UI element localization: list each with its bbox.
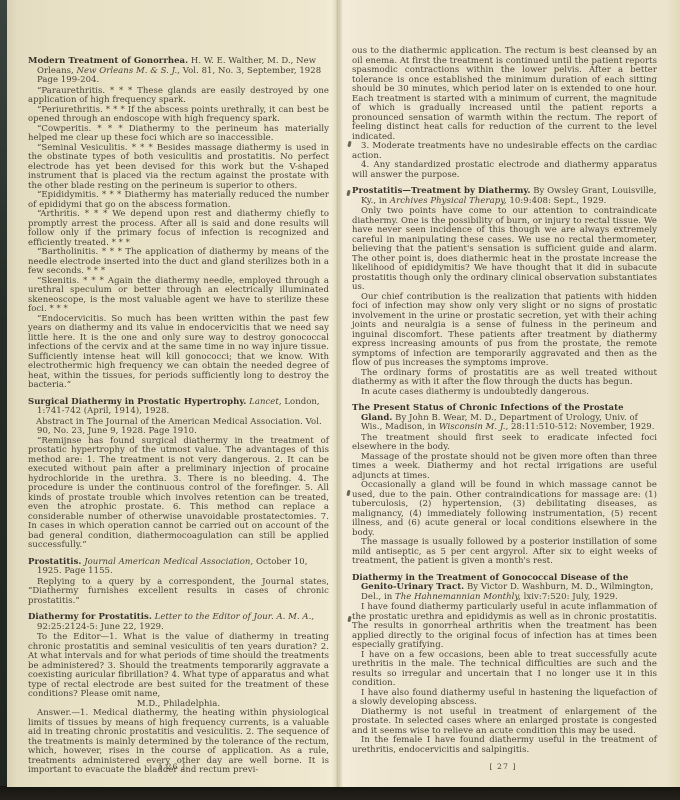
paragraph: “Paraurethritis. * * * These glands are … — [28, 87, 329, 106]
paragraph: ous to the diathermic application. The r… — [352, 47, 657, 142]
entry-citation: New Orleans M. & S. J., — [77, 66, 180, 76]
entry-heading: Prostatitis. Journal American Medical As… — [28, 558, 329, 577]
abstract-entry: Modern Treatment of Gonorrhea. H. W. E. … — [28, 57, 329, 391]
continuation-block: ous to the diathermic application. The r… — [352, 47, 657, 180]
entry-title: Diathermy for Prostatitis. — [28, 612, 152, 622]
paragraph: “Arthritis. * * * We depend upon rest an… — [28, 210, 329, 248]
paragraph: The ordinary forms of prostatitis are as… — [352, 369, 657, 388]
paragraph: “Cowperitis. * * * Diathermy to the peri… — [28, 125, 329, 144]
abstract-entry: Surgical Diathermy in Prostatic Hypertro… — [28, 398, 329, 551]
entry-citation: 28:11:510-512: November, 1929. — [508, 422, 654, 432]
entry-heading: Modern Treatment of Gonorrhea. H. W. E. … — [28, 57, 329, 86]
paragraph: “Bartholinitis. * * * The application of… — [28, 248, 329, 277]
entry-heading: Diathermy in the Treatment of Gonococcal… — [352, 574, 657, 603]
paragraph: “Remijnse has found surgical diathermy i… — [28, 437, 329, 551]
abstract-entry: Prostatitis. Journal American Medical As… — [28, 558, 329, 607]
paragraph: Replying to a query by a correspondent, … — [28, 578, 329, 607]
paragraph: I have on a few occasions, been able to … — [352, 651, 657, 689]
paragraph: 3. Moderate treatments have no undesirab… — [352, 142, 657, 161]
entry-citation: Lancet, — [249, 397, 281, 407]
page-number-left: [ 26 ] — [17, 762, 328, 771]
entry-title: Prostatitis. — [28, 557, 81, 567]
abstract-entry: The Present Status of Chronic Infections… — [352, 404, 657, 567]
paragraph: Diathermy is not useful in treatment of … — [352, 708, 657, 737]
paragraph: “Skenitis. * * * Again the diathermy nee… — [28, 277, 329, 315]
text-column-left: Modern Treatment of Gonorrhea. H. W. E. … — [28, 0, 329, 776]
entry-citation: The Hahnemannian Monthly, — [395, 592, 521, 602]
paragraph: To the Editor—1. What is the value of di… — [28, 633, 329, 700]
paragraph: Occasionally a gland will be found in wh… — [352, 481, 657, 538]
paragraph: “Seminal Vesiculitis. * * * Besides mass… — [28, 144, 329, 192]
paragraph: The treatment should first seek to eradi… — [352, 434, 657, 453]
paragraph: “Epididymitis. * * * Diathermy has mater… — [28, 191, 329, 210]
entry-title: Modern Treatment of Gonorrhea. — [28, 56, 188, 66]
page-27: ous to the diathermic application. The r… — [338, 0, 680, 787]
page-gutter — [336, 0, 339, 787]
entry-citation: 10:9:408: Sept., 1929. — [507, 196, 607, 206]
entry-citation: 92:25:2124-5: June 22, 1929. — [37, 622, 164, 632]
entry-title: Prostatitis—Treatment by Diathermy. — [352, 186, 530, 196]
entry-heading: Surgical Diathermy in Prostatic Hypertro… — [28, 398, 329, 417]
entry-heading: The Present Status of Chronic Infections… — [352, 404, 657, 433]
desk-background — [0, 786, 680, 800]
entry-citation: Archives Physical Therapy, — [390, 196, 507, 206]
paragraph: Our chief contribution is the realizatio… — [352, 293, 657, 369]
scanned-book-spread: Modern Treatment of Gonorrhea. H. W. E. … — [7, 0, 680, 787]
paragraph: I have also found diathermy useful in ha… — [352, 689, 657, 708]
paragraph: “Endocervicitis. So much has been writte… — [28, 315, 329, 391]
entry-citation: Journal American Medical Association, — [84, 557, 253, 567]
entry-citation: Wisconsin M. J., — [439, 422, 508, 432]
paragraph: “Periurethritis. * * * If the abscess po… — [28, 106, 329, 125]
entry-title: Surgical Diathermy in Prostatic Hypertro… — [28, 397, 246, 407]
abstract-entry: Diathermy for Prostatitis. Letter to the… — [28, 613, 329, 776]
paragraph: In the female I have found diathermy use… — [352, 736, 657, 755]
entry-citation: Letter to the Editor of Jour. A. M. A., — [155, 612, 314, 622]
abstract-entry: Prostatitis—Treatment by Diathermy. By O… — [352, 187, 657, 397]
entry-citation: lxiv:7:520: July, 1929. — [521, 592, 618, 602]
page-number-right: [ 27 ] — [338, 762, 668, 771]
paragraph: Only two points have come to our attenti… — [352, 207, 657, 293]
page-26: Modern Treatment of Gonorrhea. H. W. E. … — [7, 0, 338, 787]
text-column-right: ous to the diathermic application. The r… — [352, 0, 657, 755]
paragraph: 4. Any standardized prostatic electrode … — [352, 161, 657, 180]
entry-heading: Diathermy for Prostatitis. Letter to the… — [28, 613, 329, 632]
paragraph: I have found diathermy particularly usef… — [352, 603, 657, 651]
paragraph: The massage is usually followed by a pos… — [352, 538, 657, 567]
paragraph: In acute cases diathermy is undoubtedly … — [352, 388, 657, 398]
entry-heading: Prostatitis—Treatment by Diathermy. By O… — [352, 187, 657, 206]
abstract-entry: Diathermy in the Treatment of Gonococcal… — [352, 574, 657, 756]
paragraph: Massage of the prostate should not be gi… — [352, 453, 657, 482]
paragraph: Abstract in The Journal of the American … — [28, 418, 329, 437]
